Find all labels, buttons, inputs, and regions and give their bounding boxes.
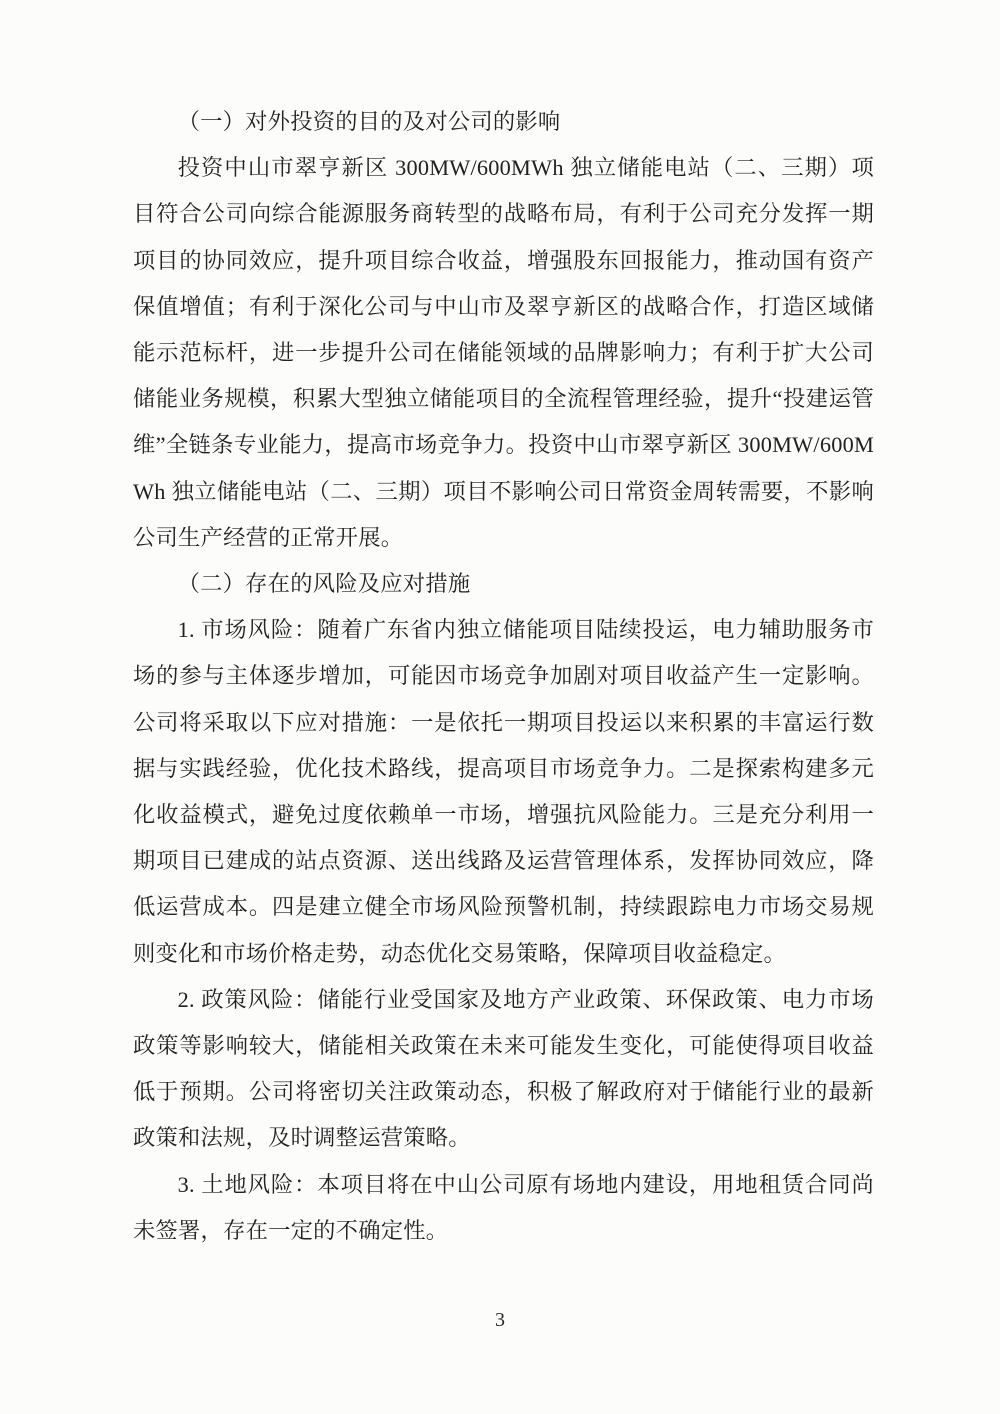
page-number: 3 [0,1306,1000,1334]
paragraph-market-risk: 1. 市场风险：随着广东省内独立储能项目陆续投运，电力辅助服务市场的参与主体逐步… [133,607,874,977]
document-content: （一）对外投资的目的及对公司的影响 投资中山市翠亨新区 300MW/600MWh… [133,99,874,1254]
document-page: （一）对外投资的目的及对公司的影响 投资中山市翠亨新区 300MW/600MWh… [0,0,1000,1414]
paragraph-policy-risk: 2. 政策风险：储能行业受国家及地方产业政策、环保政策、电力市场政策等影响较大，… [133,977,874,1162]
paragraph-land-risk: 3. 土地风险：本项目将在中山公司原有场地内建设，用地租赁合同尚未签署，存在一定… [133,1162,874,1254]
section-heading-investment-purpose: （一）对外投资的目的及对公司的影响 [133,99,874,145]
section-heading-risks-and-measures: （二）存在的风险及应对措施 [133,561,874,607]
paragraph-investment-purpose-body: 投资中山市翠亨新区 300MW/600MWh 独立储能电站（二、三期）项目符合公… [133,145,874,561]
